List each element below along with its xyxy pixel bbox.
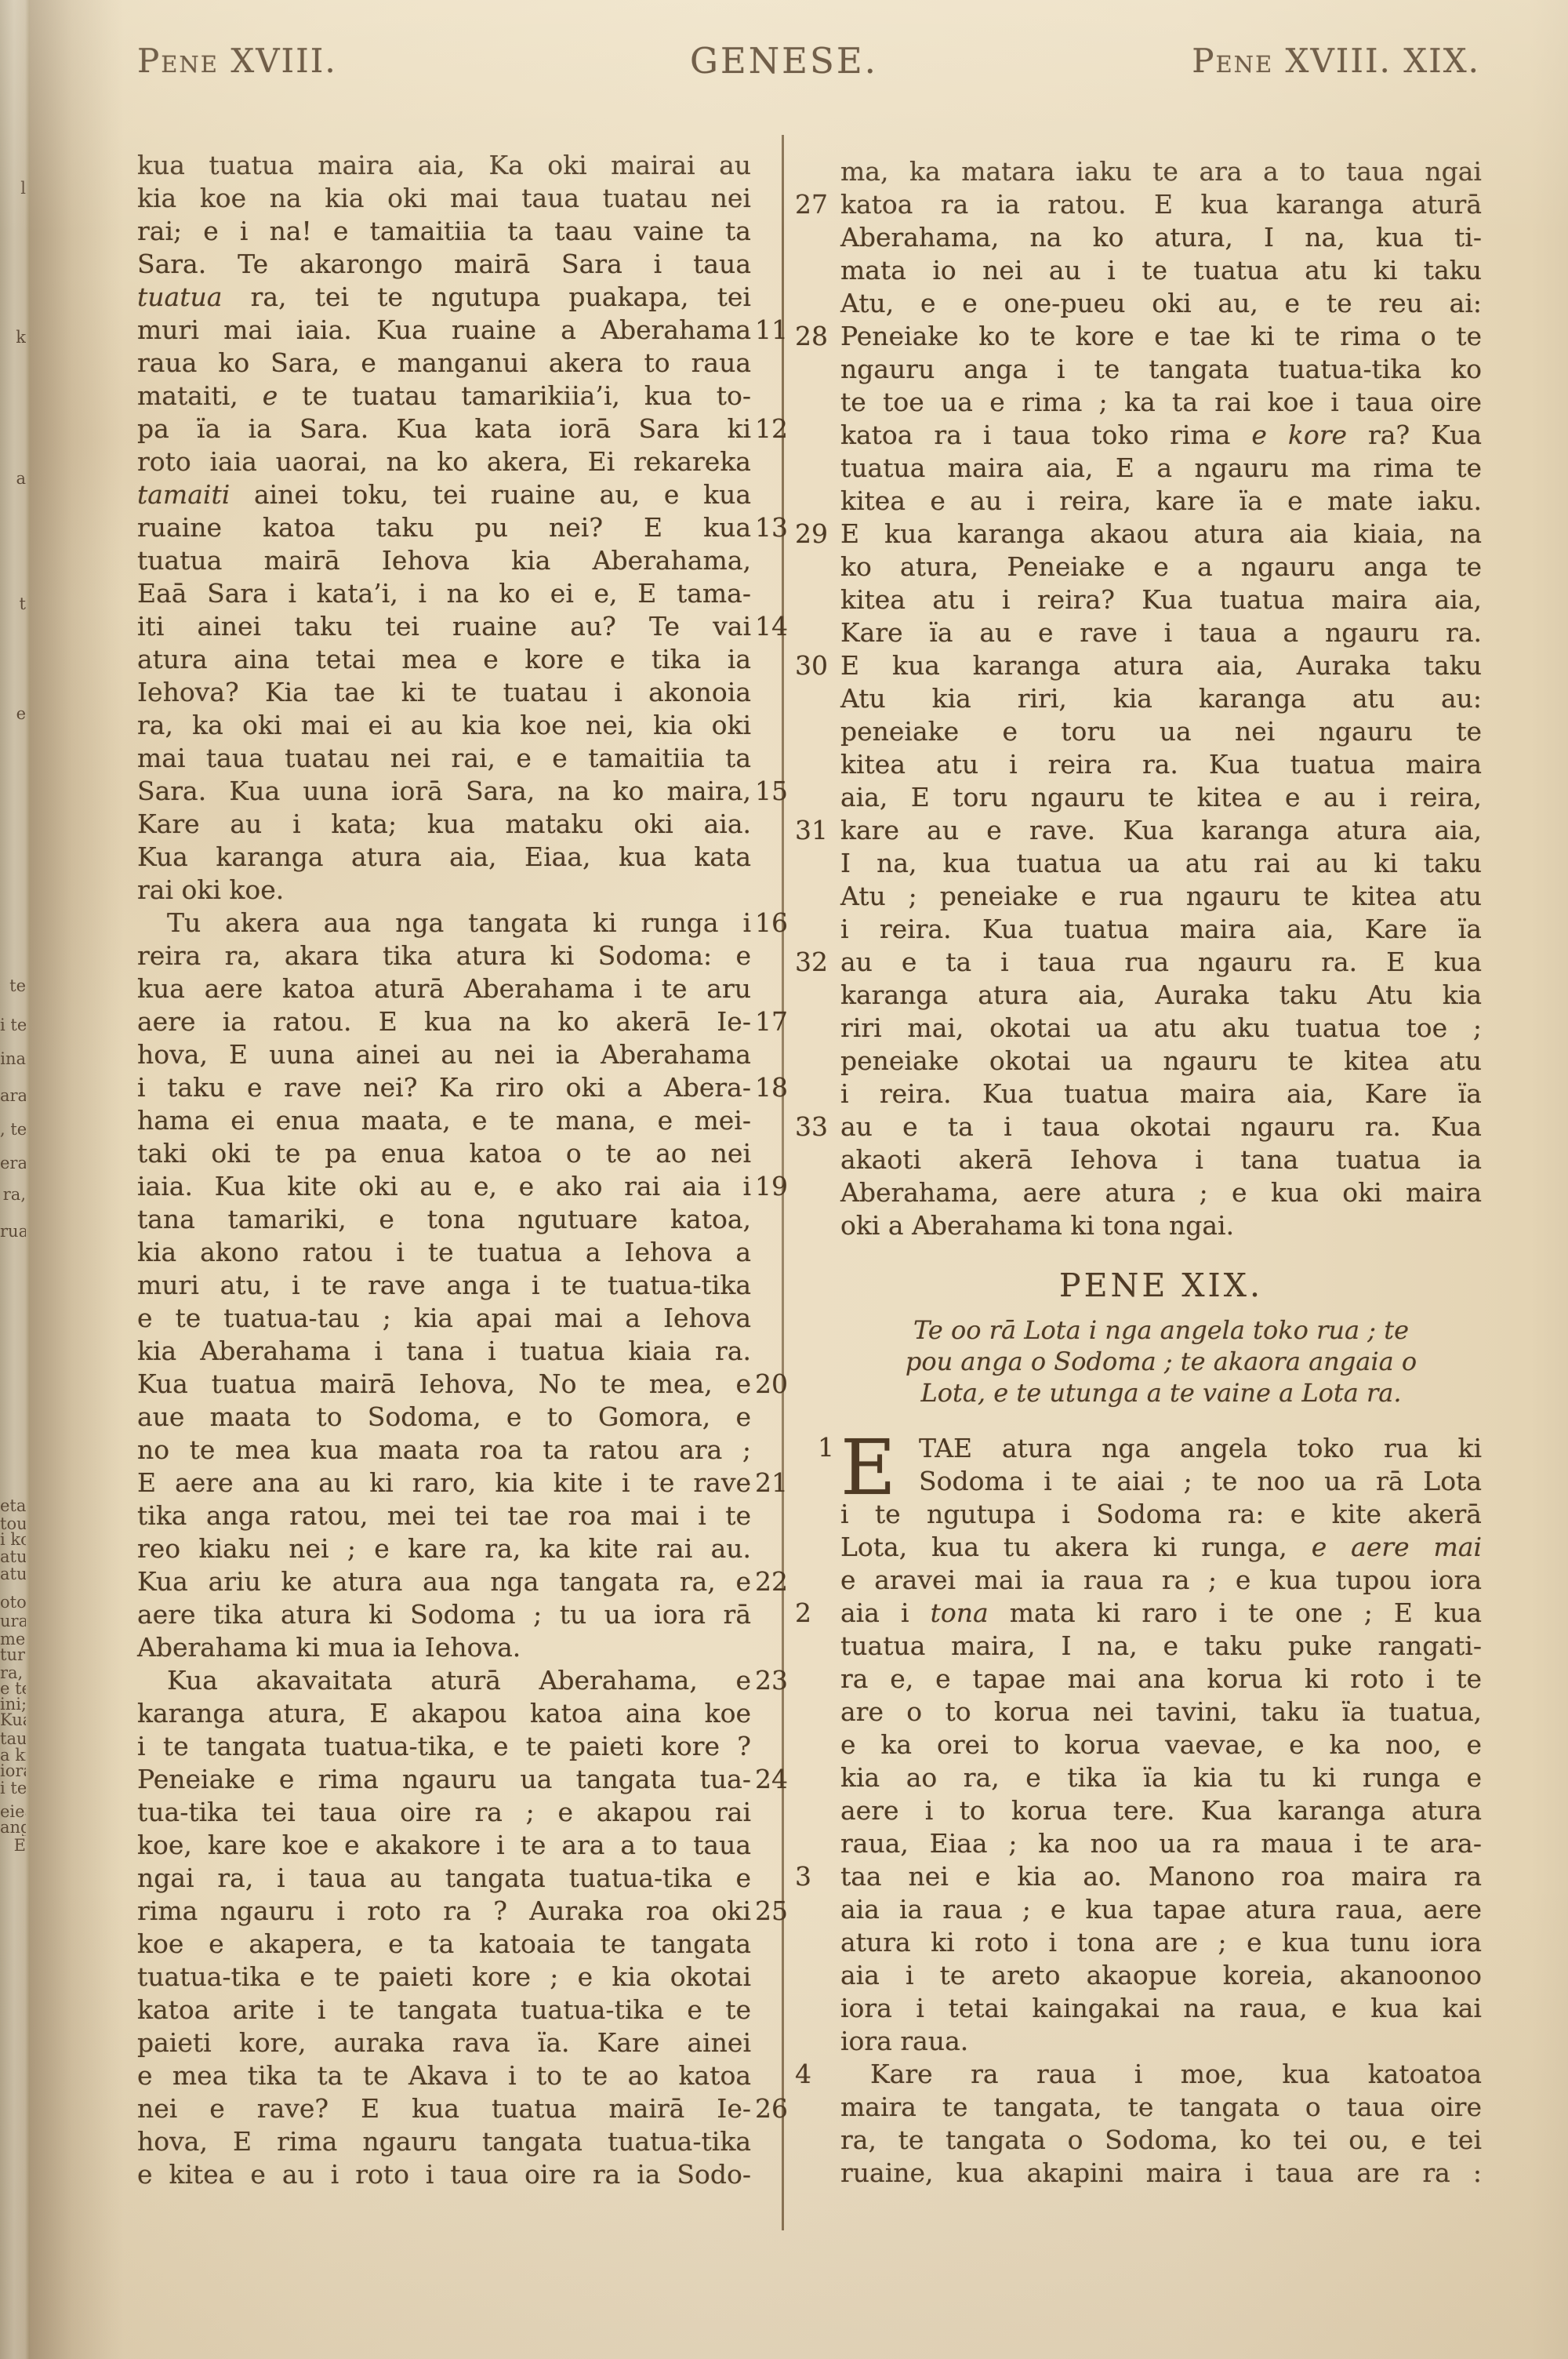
text-segment: e ka orei to korua vaevae, e ka noo, e xyxy=(840,1729,1482,1760)
book-page-scan: lkatetei teinaara, teerara,ruaetaitou,i … xyxy=(0,0,1568,2359)
text-line: tuatua maira, I na, e taku puke rangati- xyxy=(840,1630,1482,1663)
facing-page-text-fragment: t xyxy=(0,596,26,612)
text-line: I na, kua tuatua ua atu rai au ki taku xyxy=(840,847,1482,880)
text-segment: kia Aberahama i tana i tuatua kiaia ra. xyxy=(137,1336,751,1366)
text-line: aia ia raua ; e kua tapae atura raua, ae… xyxy=(840,1893,1482,1926)
text-segment: kua aere katoa aturā Aberahama i te aru xyxy=(137,973,751,1004)
text-line: kia Aberahama i tana i tuatua kiaia ra. xyxy=(137,1335,751,1368)
text-segment: atura aina tetai mea e kore e tika ia xyxy=(137,644,751,674)
text-line: e kitea e au i roto i taua oire ra ia So… xyxy=(137,2158,751,2191)
text-segment: oki a Aberahama ki tona ngai. xyxy=(840,1210,1234,1241)
text-segment: kia akono ratou i te tuatua a Iehova a xyxy=(137,1237,751,1267)
text-line: mai taua tuatau nei rai, e e tamaitiia t… xyxy=(137,742,751,775)
text-line: kia koe na kia oki mai taua tuatau nei xyxy=(137,182,751,215)
text-segment: aere i to korua tere. Kua karanga atura xyxy=(840,1795,1482,1826)
facing-page-text-fragment: mei- xyxy=(0,1631,26,1648)
text-segment: tuatua mairā Iehova kia Aberahama, xyxy=(137,545,751,576)
running-head-chapter-right: Pene XVIII. XIX. xyxy=(1192,41,1480,82)
text-line: rai oki koe. xyxy=(137,874,751,907)
text-line: e ka orei to korua vaevae, e ka noo, e xyxy=(840,1728,1482,1761)
text-segment: Lota, kua tu akera ki runga, xyxy=(840,1532,1312,1562)
text-segment: Atu kia riri, kia karanga atu au: xyxy=(840,683,1482,714)
text-line: Kare au i kata; kua mataku oki aia. xyxy=(137,808,751,841)
text-line: nei e rave? E kua tuatua mairā Ie-26 xyxy=(137,2092,751,2125)
text-line: taki oki te pa enua katoa o te ao nei xyxy=(137,1137,751,1170)
text-line: atura ki roto i tona are ; e kua tunu io… xyxy=(840,1926,1482,1959)
text-segment: e kitea e au i roto i taua oire ra ia So… xyxy=(137,2159,751,2190)
text-line: Atu, e e one-pueu oki au, e te reu ai: xyxy=(840,287,1482,320)
text-segment: koe e akapera, e ta katoaia te tangata xyxy=(137,1928,751,1959)
text-segment: kitea e au i reira, kare ïa e mate iaku. xyxy=(840,485,1482,516)
text-line: ruaine katoa taku pu nei? E kua13 xyxy=(137,511,751,544)
text-line: Kare ra raua i moe, kua katoatoa4 xyxy=(840,2058,1482,2091)
verse-number: 26 xyxy=(755,2092,802,2125)
text-line: E kua karanga akaou atura aia kiaia, na2… xyxy=(840,518,1482,551)
facing-page-text-fragment: e te xyxy=(0,1681,26,1697)
text-line: katoa arite i te tangata tuatua-tika e t… xyxy=(137,1994,751,2026)
text-segment: au e ta i taua rua ngauru ra. E kua xyxy=(840,947,1482,977)
text-segment: Iehova? Kia tae ki te tuatau i akonoia xyxy=(137,677,751,707)
text-line: reira ra, akara tika atura ki Sodoma: e xyxy=(137,940,751,972)
text-segment: ra e, e tapae mai ana korua ki roto i te xyxy=(840,1663,1482,1694)
text-line: aia, E toru ngauru te kitea e au i reira… xyxy=(840,781,1482,814)
verse-number: 1 xyxy=(795,1432,834,1463)
text-line: aia i te areto akaopue koreia, akanoonoo xyxy=(840,1959,1482,1992)
facing-page-text-fragment: ina xyxy=(0,1051,26,1067)
text-line: koe, kare koe e akakore i te ara a to ta… xyxy=(137,1829,751,1862)
verse-number: 14 xyxy=(755,610,802,643)
text-line: TAE atura nga angela toko rua ki xyxy=(840,1432,1482,1465)
text-segment: Sara. Te akarongo mairā Sara i taua xyxy=(137,249,751,279)
text-line: ma, ka matara iaku te ara a to taua ngai xyxy=(840,155,1482,188)
text-segment: karanga atura aia, Auraka taku Atu kia xyxy=(840,980,1482,1010)
facing-page-text-fragment: Kua xyxy=(0,1712,26,1728)
text-line: kia akono ratou i te tuatua a Iehova a xyxy=(137,1236,751,1269)
text-line: Kua tuatua mairā Iehova, No te mea, e20 xyxy=(137,1368,751,1401)
text-line: muri mai iaia. Kua ruaine a Aberahama11 xyxy=(137,314,751,347)
text-line: Kua ariu ke atura aua nga tangata ra, e2… xyxy=(137,1565,751,1598)
text-segment: Kare au i kata; kua mataku oki aia. xyxy=(137,809,751,839)
text-line: taa nei e kia ao. Manono roa maira ra3 xyxy=(840,1860,1482,1893)
text-segment: aere tika atura ki Sodoma ; tu ua iora r… xyxy=(137,1599,751,1630)
text-line: ko atura, Peneiake e a ngauru anga te xyxy=(840,551,1482,583)
text-segment: katoa ra i taua toko rima xyxy=(840,420,1251,450)
italic-text-segment: tona xyxy=(931,1598,989,1628)
text-line: raua ko Sara, e manganui akera to raua xyxy=(137,347,751,380)
facing-page-text-fragment: atua xyxy=(0,1566,26,1583)
text-line: kitea atu i reira ra. Kua tuatua maira xyxy=(840,748,1482,781)
text-line: ra, te tangata o Sodoma, ko tei ou, e te… xyxy=(840,2124,1482,2157)
verse-number: 20 xyxy=(755,1368,802,1401)
text-line: tamaiti ainei toku, tei ruaine au, e kua xyxy=(137,478,751,511)
text-segment: i te tangata tuatua-tika, e te paieti ko… xyxy=(137,1731,751,1761)
text-line: Sara. Kua uuna iorā Sara, na ko maira,15 xyxy=(137,775,751,808)
facing-page-text-fragment: k xyxy=(0,329,26,346)
text-segment: kitea atu i reira? Kua tuatua maira aia, xyxy=(840,584,1482,615)
facing-page-text-fragment: i te xyxy=(0,1780,26,1797)
text-line: rima ngauru i roto ra ? Auraka roa oki25 xyxy=(137,1895,751,1928)
text-segment: riri mai, okotai ua atu aku tuatua toe ; xyxy=(840,1012,1482,1043)
text-line: au e ta i taua rua ngauru ra. E kua32 xyxy=(840,946,1482,979)
facing-page-text-fragment: l xyxy=(0,180,26,197)
text-segment: rima ngauru i roto ra ? Auraka roa oki xyxy=(137,1896,751,1926)
text-line: Peneiake e rima ngauru ua tangata tua-24 xyxy=(137,1763,751,1796)
text-line: i te ngutupa i Sodoma ra: e kite akerā xyxy=(840,1498,1482,1531)
text-segment: reira ra, akara tika atura ki Sodoma: e xyxy=(137,940,751,971)
text-segment: ainei toku, tei ruaine au, e kua xyxy=(230,479,751,510)
text-line: ngai ra, i taua au tangata tuatua-tika e xyxy=(137,1862,751,1895)
text-segment: rai; e i na! e tamaitiia ta taau vaine t… xyxy=(137,216,751,246)
text-segment: koe, kare koe e akakore i te ara a to ta… xyxy=(137,1830,751,1860)
text-line: karanga atura, E akapou katoa aina koe xyxy=(137,1697,751,1730)
text-segment: aue maata to Sodoma, e to Gomora, e xyxy=(137,1401,751,1432)
verse-number: 24 xyxy=(755,1763,802,1796)
gutter-shadow xyxy=(30,0,124,2359)
text-segment: iaia. Kua kite oki au e, e ako rai aia i xyxy=(137,1171,751,1201)
text-segment: nei e rave? E kua tuatua mairā Ie- xyxy=(137,2093,751,2124)
text-segment: ra? Kua xyxy=(1347,420,1482,450)
text-segment: i reira. Kua tuatua maira aia, Kare ïa xyxy=(840,914,1482,944)
text-line: hova, E rima ngauru tangata tuatua-tika xyxy=(137,2125,751,2158)
text-segment: Aberahama, na ko atura, I na, kua ti- xyxy=(840,222,1482,253)
text-line: Atu kia riri, kia karanga atu au: xyxy=(840,682,1482,715)
text-segment: muri mai iaia. Kua ruaine a Aberahama xyxy=(137,314,751,345)
facing-page-text-fragment: etai xyxy=(0,1498,26,1514)
text-line: koe e akapera, e ta katoaia te tangata xyxy=(137,1928,751,1961)
text-line: ra e, e tapae mai ana korua ki roto i te xyxy=(840,1663,1482,1696)
text-segment: i taku e rave nei? Ka riro oki a Abera- xyxy=(137,1072,751,1103)
text-segment: tika anga ratou, mei tei tae roa mai i t… xyxy=(137,1500,751,1531)
text-segment: Atu ; peneiake e rua ngauru te kitea atu xyxy=(840,881,1482,911)
facing-page-text-fragment: , te xyxy=(0,1121,26,1138)
text-segment: tuatua maira, I na, e taku puke rangati- xyxy=(840,1630,1482,1661)
verse-number: 17 xyxy=(755,1005,802,1038)
verse-number: 23 xyxy=(755,1664,802,1697)
text-line: kare au e rave. Kua karanga atura aia,31 xyxy=(840,814,1482,847)
facing-page-edge: lkatetei teinaara, teerara,ruaetaitou,i … xyxy=(0,0,30,2359)
text-segment: Peneiake e rima ngauru ua tangata tua- xyxy=(137,1764,751,1794)
verse-number: 12 xyxy=(755,413,802,445)
text-line: Kua karanga atura aia, Eiaa, kua kata xyxy=(137,841,751,874)
text-segment: E aere ana au ki raro, kia kite i te rav… xyxy=(137,1467,751,1498)
text-segment: iora raua. xyxy=(840,2026,968,2056)
text-segment: te tuatau tamarikiia’i, kua to- xyxy=(278,380,751,411)
text-line: kitea e au i reira, kare ïa e mate iaku. xyxy=(840,485,1482,518)
text-segment: peneiake okotai ua ngauru te kitea atu xyxy=(840,1045,1482,1076)
text-line: e mea tika ta te Akava i to te ao katoa xyxy=(137,2059,751,2092)
text-line: i taku e rave nei? Ka riro oki a Abera-1… xyxy=(137,1071,751,1104)
text-line: Peneiake ko te kore e tae ki te rima o t… xyxy=(840,320,1482,353)
text-line: ngauru anga i te tangata tuatua-tika ko xyxy=(840,353,1482,386)
verse-1-dropcap-block: 1ETAE atura nga angela toko rua kiSodoma… xyxy=(840,1432,1482,1498)
text-segment: Kare ïa au e rave i taua a ngauru ra. xyxy=(840,617,1482,648)
text-line: katoa ra ia ratou. E kua karanga aturā27 xyxy=(840,188,1482,221)
verse-number: 18 xyxy=(755,1071,802,1104)
text-segment: pa ïa ia Sara. Kua kata iorā Sara ki xyxy=(137,413,751,444)
text-line: iti ainei taku tei ruaine au? Te vai14 xyxy=(137,610,751,643)
facing-page-text-fragment: ini; xyxy=(0,1696,26,1713)
text-line: au e ta i taua okotai ngauru ra. Kua33 xyxy=(840,1110,1482,1143)
facing-page-text-fragment: te xyxy=(0,978,26,994)
verse-number: 32 xyxy=(795,946,834,979)
text-line: no te mea kua maata roa ta ratou ara ; xyxy=(137,1434,751,1467)
text-line: aere ia ratou. E kua na ko akerā Ie-17 xyxy=(137,1005,751,1038)
text-segment: ra, ka oki mai ei au kia koe nei, kia ok… xyxy=(137,710,751,740)
text-line: Sodoma i te aiai ; te noo ua rā Lota xyxy=(840,1465,1482,1498)
text-segment: i te ngutupa i Sodoma ra: e kite akerā xyxy=(840,1499,1482,1529)
text-segment: e mea tika ta te Akava i to te ao katoa xyxy=(137,2060,751,2091)
text-line: karanga atura aia, Auraka taku Atu kia xyxy=(840,979,1482,1012)
text-segment: atura ki roto i tona are ; e kua tunu io… xyxy=(840,1927,1482,1957)
facing-page-text-fragment: E xyxy=(0,1837,26,1854)
facing-page-text-fragment: era xyxy=(0,1155,26,1172)
text-line: tuatua ra, tei te ngutupa puakapa, tei xyxy=(137,281,751,314)
facing-page-text-fragment: anga xyxy=(0,1819,26,1836)
text-segment: Atu, e e one-pueu oki au, e te reu ai: xyxy=(840,288,1482,318)
right-text-column: ma, ka matara iaku te ara a to taua ngai… xyxy=(840,155,1482,2190)
text-line: akaoti akerā Iehova i tana tuatua ia xyxy=(840,1143,1482,1176)
text-line: roto iaia uaorai, na ko akera, Ei rekare… xyxy=(137,445,751,478)
facing-page-text-fragment: tou, xyxy=(0,1516,26,1532)
verse-number: 33 xyxy=(795,1110,834,1143)
chapter-summary-line: Lota, e te utunga a te vaine a Lota ra. xyxy=(840,1377,1482,1408)
verse-number: 2 xyxy=(795,1597,834,1630)
italic-text-segment: tuatua xyxy=(137,282,222,312)
text-line: tuatua-tika e te paieti kore ; e kia oko… xyxy=(137,1961,751,1994)
text-line: aere i to korua tere. Kua karanga atura xyxy=(840,1794,1482,1827)
chapter-heading: PENE XIX. xyxy=(840,1266,1482,1305)
text-segment: mataiti, xyxy=(137,380,263,411)
chapter-summary: Te oo rā Lota i nga angela toko rua ; te… xyxy=(840,1314,1482,1408)
facing-page-text-fragment: i te xyxy=(0,1017,26,1034)
text-segment: Kua karanga atura aia, Eiaa, kua kata xyxy=(137,841,751,872)
facing-page-text-fragment: eiea xyxy=(0,1804,26,1820)
text-segment: katoa arite i te tangata tuatua-tika e t… xyxy=(137,1994,751,2025)
text-segment: taki oki te pa enua katoa o te ao nei xyxy=(137,1138,751,1169)
facing-page-text-fragment: a ki xyxy=(0,1747,26,1764)
text-line: e aravei mai ia raua ra ; e kua tupou io… xyxy=(840,1564,1482,1597)
text-segment: E kua karanga atura aia, Auraka taku xyxy=(840,650,1482,681)
text-segment: no te mea kua maata roa ta ratou ara ; xyxy=(137,1434,751,1465)
facing-page-text-fragment: rua xyxy=(0,1223,26,1240)
text-line: raua, Eiaa ; ka noo ua ra maua i te ara- xyxy=(840,1827,1482,1860)
text-segment: Kua tuatua mairā Iehova, No te mea, e xyxy=(137,1369,751,1399)
chapter-summary-line: Te oo rā Lota i nga angela toko rua ; te xyxy=(840,1314,1482,1346)
text-segment: Tu akera aua nga tangata ki runga i xyxy=(167,907,751,938)
text-line: Kare ïa au e rave i taua a ngauru ra. xyxy=(840,616,1482,649)
facing-page-text-fragment: a xyxy=(0,471,26,487)
text-segment: mata io nei au i te tuatua atu ki taku xyxy=(840,255,1482,285)
verse-number: 21 xyxy=(755,1467,802,1499)
text-segment: aere ia ratou. E kua na ko akerā Ie- xyxy=(137,1006,751,1037)
verse-number: 30 xyxy=(795,649,834,682)
text-segment: Aberahama ki mua ia Iehova. xyxy=(137,1632,521,1663)
text-segment: Peneiake ko te kore e tae ki te rima o t… xyxy=(840,321,1482,351)
text-segment: I na, kua tuatua ua atu rai au ki taku xyxy=(840,848,1482,878)
text-segment: Sara. Kua uuna iorā Sara, na ko maira, xyxy=(137,776,751,806)
text-segment: mata ki raro i te one ; E kua xyxy=(989,1598,1482,1628)
text-segment: roto iaia uaorai, na ko akera, Ei rekare… xyxy=(137,446,751,477)
text-segment: ko atura, Peneiake e a ngauru anga te xyxy=(840,551,1482,582)
text-line: kua aere katoa aturā Aberahama i te aru xyxy=(137,972,751,1005)
text-segment: ngauru anga i te tangata tuatua-tika ko xyxy=(840,354,1482,384)
chapter-summary-line: pou anga o Sodoma ; te akaora angaia o xyxy=(840,1346,1482,1377)
verse-number: 27 xyxy=(795,188,834,221)
text-line: Lota, kua tu akera ki runga, e aere mai xyxy=(840,1531,1482,1564)
text-line: kitea atu i reira? Kua tuatua maira aia, xyxy=(840,583,1482,616)
text-line: iaia. Kua kite oki au e, e ako rai aia i… xyxy=(137,1170,751,1203)
text-segment: tuatua-tika e te paieti kore ; e kia oko… xyxy=(137,1961,751,1992)
text-line: i reira. Kua tuatua maira aia, Kare ïa xyxy=(840,913,1482,946)
text-line: rai; e i na! e tamaitiia ta taau vaine t… xyxy=(137,215,751,248)
text-segment: tana tamariki, e tona ngutuare katoa, xyxy=(137,1204,751,1234)
verse-number: 29 xyxy=(795,518,834,551)
text-segment: aia, E toru ngauru te kitea e au i reira… xyxy=(840,782,1482,812)
text-line: tuatua maira aia, E a ngauru ma rima te xyxy=(840,452,1482,485)
text-segment: Kare ra raua i moe, kua katoatoa xyxy=(870,2059,1482,2089)
facing-page-text-fragment: tura xyxy=(0,1647,26,1663)
text-line: reo kiaku nei ; e kare ra, ka kite rai a… xyxy=(137,1532,751,1565)
text-segment: Eaā Sara i kata’i, i na ko ei e, E tama- xyxy=(137,578,751,609)
text-segment: ra, tei te ngutupa puakapa, tei xyxy=(222,282,751,312)
text-segment: Sodoma i te aiai ; te noo ua rā Lota xyxy=(919,1466,1482,1496)
text-segment: peneiake e toru ua nei ngauru te xyxy=(840,716,1482,747)
text-line: maira te tangata, te tangata o taua oire xyxy=(840,2091,1482,2124)
text-segment: e te tuatua-tau ; kia apai mai a Iehova xyxy=(137,1303,751,1333)
text-line: aia i tona mata ki raro i te one ; E kua… xyxy=(840,1597,1482,1630)
left-text-column: kua tuatua maira aia, Ka oki mairai auki… xyxy=(137,149,751,2191)
text-line: te toe ua e rima ; ka ta rai koe i taua … xyxy=(840,386,1482,419)
text-line: aue maata to Sodoma, e to Gomora, e xyxy=(137,1401,751,1434)
text-line: tana tamariki, e tona ngutuare katoa, xyxy=(137,1203,751,1236)
verse-number: 19 xyxy=(755,1170,802,1203)
text-line: E kua karanga atura aia, Auraka taku30 xyxy=(840,649,1482,682)
text-segment: tua-tika tei taua oire ra ; e akapou rai xyxy=(137,1797,751,1827)
text-segment: ra, te tangata o Sodoma, ko tei ou, e te… xyxy=(840,2125,1482,2155)
text-segment: iti ainei taku tei ruaine au? Te vai xyxy=(137,611,751,642)
text-line: oki a Aberahama ki tona ngai. xyxy=(840,1209,1482,1242)
text-line: Atu ; peneiake e rua ngauru te kitea atu xyxy=(840,880,1482,913)
facing-page-text-fragment: ura, xyxy=(0,1613,26,1630)
facing-page-text-fragment: atua xyxy=(0,1549,26,1565)
text-segment: maira te tangata, te tangata o taua oire xyxy=(840,2092,1482,2122)
text-segment: akaoti akerā Iehova i tana tuatua ia xyxy=(840,1144,1482,1175)
text-line: tika anga ratou, mei tei tae roa mai i t… xyxy=(137,1499,751,1532)
text-segment: paieti kore, auraka rava ïa. Kare ainei xyxy=(137,2027,751,2058)
text-line: pa ïa ia Sara. Kua kata iorā Sara ki12 xyxy=(137,413,751,445)
text-segment: te toe ua e rima ; ka ta rai koe i taua … xyxy=(840,387,1482,417)
text-line: iora raua. xyxy=(840,2025,1482,2058)
text-segment: aia i xyxy=(840,1598,931,1628)
text-line: hama ei enua maata, e te mana, e mei- xyxy=(137,1104,751,1137)
text-segment: aia ia raua ; e kua tapae atura raua, ae… xyxy=(840,1894,1482,1925)
text-segment: Kua ariu ke atura aua nga tangata ra, e xyxy=(137,1566,751,1597)
text-segment: karanga atura, E akapou katoa aina koe xyxy=(137,1698,751,1728)
text-segment: ruaine katoa taku pu nei? E kua xyxy=(137,512,751,543)
text-line: Iehova? Kia tae ki te tuatau i akonoia xyxy=(137,676,751,709)
text-line: tua-tika tei taua oire ra ; e akapou rai xyxy=(137,1796,751,1829)
verse-number: 4 xyxy=(795,2058,834,2091)
text-segment: reo kiaku nei ; e kare ra, ka kite rai a… xyxy=(137,1533,751,1564)
facing-page-text-fragment: taua xyxy=(0,1731,26,1747)
verse-number: 15 xyxy=(755,775,802,808)
italic-text-segment: tamaiti xyxy=(137,479,230,510)
italic-text-segment: e xyxy=(263,380,278,411)
text-line: Tu akera aua nga tangata ki runga i16 xyxy=(137,907,751,940)
text-line: peneiake okotai ua ngauru te kitea atu xyxy=(840,1045,1482,1078)
text-segment: ruaine, kua akapini maira i taua are ra … xyxy=(840,2157,1482,2188)
facing-page-text-fragment: ra, e xyxy=(0,1665,26,1681)
italic-text-segment: e aere mai xyxy=(1312,1532,1482,1562)
text-segment: kia koe na kia oki mai taua tuatau nei xyxy=(137,183,751,213)
text-segment: Kua akavaitata aturā Aberahama, e xyxy=(167,1665,751,1696)
facing-page-text-fragment: i ko xyxy=(0,1532,26,1548)
text-segment: e aravei mai ia raua ra ; e kua tupou io… xyxy=(840,1565,1482,1595)
text-line: muri atu, i te rave anga i te tuatua-tik… xyxy=(137,1269,751,1302)
facing-page-text-fragment: iora xyxy=(0,1763,26,1779)
text-segment: mai taua tuatau nei rai, e e tamaitiia t… xyxy=(137,743,751,773)
facing-page-text-fragment: oto i xyxy=(0,1594,26,1611)
text-line: Kua akavaitata aturā Aberahama, e23 xyxy=(137,1664,751,1697)
text-segment: are o to korua nei tavini, taku ïa tuatu… xyxy=(840,1696,1482,1727)
text-line: Aberahama ki mua ia Iehova. xyxy=(137,1631,751,1664)
text-segment: hova, E uuna ainei au nei ia Aberahama xyxy=(137,1039,751,1070)
verse-number: 22 xyxy=(755,1565,802,1598)
text-segment: ngai ra, i taua au tangata tuatua-tika e xyxy=(137,1863,751,1893)
text-line: ra, ka oki mai ei au kia koe nei, kia ok… xyxy=(137,709,751,742)
text-line: riri mai, okotai ua atu aku tuatua toe ; xyxy=(840,1012,1482,1045)
text-segment: hama ei enua maata, e te mana, e mei- xyxy=(137,1105,751,1136)
facing-page-text-fragment: e xyxy=(0,706,26,722)
text-segment: au e ta i taua okotai ngauru ra. Kua xyxy=(840,1111,1482,1142)
text-line: Sara. Te akarongo mairā Sara i taua xyxy=(137,248,751,281)
text-segment: taa nei e kia ao. Manono roa maira ra xyxy=(840,1861,1482,1892)
text-segment: tuatua maira aia, E a ngauru ma rima te xyxy=(840,453,1482,483)
text-segment: kitea atu i reira ra. Kua tuatua maira xyxy=(840,749,1482,780)
text-segment: katoa ra ia ratou. E kua karanga aturā xyxy=(840,189,1482,220)
text-segment: i reira. Kua tuatua maira aia, Kare ïa xyxy=(840,1078,1482,1109)
text-segment: ma, ka matara iaku te ara a to taua ngai xyxy=(840,156,1482,187)
text-segment: kia ao ra, e tika ïa kia tu ki runga e xyxy=(840,1762,1482,1793)
text-line: kua tuatua maira aia, Ka oki mairai au xyxy=(137,149,751,182)
verse-number: 28 xyxy=(795,320,834,353)
text-line: ruaine, kua akapini maira i taua are ra … xyxy=(840,2157,1482,2190)
text-segment: raua, Eiaa ; ka noo ua ra maua i te ara- xyxy=(840,1828,1482,1859)
text-line: Aberahama, aere atura ; e kua oki maira xyxy=(840,1176,1482,1209)
text-line: iora i tetai kaingakai na raua, e kua ka… xyxy=(840,1992,1482,2025)
text-line: mata io nei au i te tuatua atu ki taku xyxy=(840,254,1482,287)
text-segment: iora i tetai kaingakai na raua, e kua ka… xyxy=(840,1993,1482,2023)
text-line: mataiti, e te tuatau tamarikiia’i, kua t… xyxy=(137,380,751,413)
text-line: e te tuatua-tau ; kia apai mai a Iehova xyxy=(137,1302,751,1335)
text-segment: TAE atura nga angela toko rua ki xyxy=(919,1433,1482,1463)
text-line: tuatua mairā Iehova kia Aberahama, xyxy=(137,544,751,577)
verse-number: 16 xyxy=(755,907,802,940)
text-segment: E kua karanga akaou atura aia kiaia, na xyxy=(840,518,1482,549)
text-segment: aia i te areto akaopue koreia, akanoonoo xyxy=(840,1960,1482,1990)
text-segment: rai oki koe. xyxy=(137,874,284,905)
text-line: are o to korua nei tavini, taku ïa tuatu… xyxy=(840,1696,1482,1728)
text-line: Aberahama, na ko atura, I na, kua ti- xyxy=(840,221,1482,254)
text-line: Eaā Sara i kata’i, i na ko ei e, E tama- xyxy=(137,577,751,610)
text-segment: raua ko Sara, e manganui akera to raua xyxy=(137,347,751,378)
text-line: E aere ana au ki raro, kia kite i te rav… xyxy=(137,1467,751,1499)
verse-number: 3 xyxy=(795,1860,834,1893)
italic-text-segment: e kore xyxy=(1251,420,1347,450)
facing-page-text-fragment: ara xyxy=(0,1088,26,1104)
facing-page-text-fragment: ra, xyxy=(0,1187,26,1203)
text-segment: Aberahama, aere atura ; e kua oki maira xyxy=(840,1177,1482,1208)
